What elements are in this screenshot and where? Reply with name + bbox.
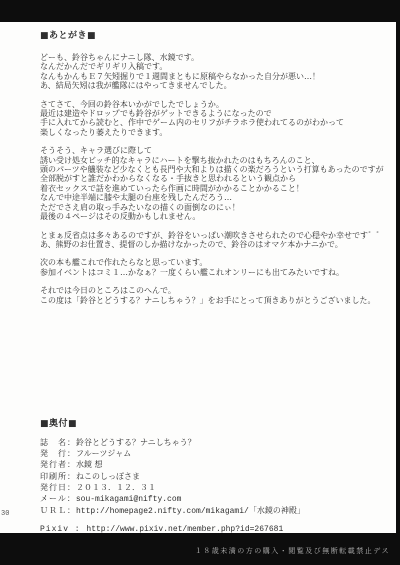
age-disclaimer: １８歳未満の方の購入・閲覧及び無断転載禁止デス [195, 547, 390, 555]
colophon-row-value: 水鏡 想 [76, 460, 103, 469]
colophon-row-label: ＵＲＬ： [40, 506, 76, 515]
colophon-row-value: sou-mikagami@nifty.com [76, 495, 182, 504]
text-line: 手に入れてから読むと、作中でゲーム内のセリフがチラホラ使われてるのがわかって [40, 118, 384, 127]
text-line: なんもかんもＥ７矢矧掘りで１週間まともに原稿やらなかった自分が悪い…！ [40, 72, 384, 81]
colophon-row-label: 発 行： [40, 449, 76, 458]
colophon-row-value: http://homepage2.nifty.com/mikagami/「水鏡の… [76, 507, 305, 516]
colophon-row-value: 鈴谷とどうする？ナニしちゃう？ [76, 438, 196, 447]
colophon-row: 誌 名：鈴谷とどうする？ナニしちゃう？ [40, 437, 305, 448]
page-number: 30 [1, 510, 9, 518]
text-line: それでは今日のところはこのへんで。 [40, 286, 384, 295]
text-line: ただでさえ肩の取っ手みたいなの描くの面倒なのにぃ！ [40, 203, 384, 212]
text-line: 誘い受け処女ビッチ的なキャラにハートを撃ち抜かれたのはもちろんのこと、 [40, 156, 384, 165]
colophon-row-label: 印刷所： [40, 472, 76, 481]
text-line: あ、結局矢矧は我が艦隊にはやってきませんでした。 [40, 81, 384, 90]
text-line: 最後の４ページはその反動かもしれません。 [40, 212, 384, 221]
text-line: なんで中途半端に膝や太腿の台座を残したんだろう… [40, 193, 384, 202]
afterword-body: どーも、鈴谷ちゃんにナニし隊、水鏡です。なんだかんだでギリギリ入稿です。なんもか… [40, 53, 384, 305]
text-line: そうそう、キャラ選びに際して [40, 146, 384, 155]
afterword-paragraph: 次の本も艦これで作れたらなと思っています。参加イベントはコミ１…かなぁ？一度くら… [40, 258, 384, 277]
colophon-row-value: ねこのしっぽさま [76, 472, 140, 481]
text-line: さてさて、今回の鈴谷本いかがでしたでしょうか。 [40, 100, 384, 109]
afterword-paragraph: そうそう、キャラ選びに際して誘い受け処女ビッチ的なキャラにハートを撃ち抜かれたの… [40, 146, 384, 221]
colophon-header: ■奥付■ [40, 416, 305, 429]
colophon-row: 発行日：２０１３．１２．３１ [40, 482, 305, 493]
text-line: 全部脱がすと誰だかわからなくなる・手抜きと思われるという観点から [40, 174, 384, 183]
colophon-row-label: 発行者： [40, 460, 76, 469]
text-line: なんだかんだでギリギリ入稿です。 [40, 62, 384, 71]
colophon-rows: 誌 名：鈴谷とどうする？ナニしちゃう？発 行：フルーツジャム発行者：水鏡 想印刷… [40, 437, 305, 517]
colophon-row-value: ２０１３．１２．３１ [76, 483, 156, 492]
text-line: どーも、鈴谷ちゃんにナニし隊、水鏡です。 [40, 53, 384, 62]
text-line: 次の本も艦これで作れたらなと思っています。 [40, 258, 384, 267]
text-line: 着衣セックスで話を進めていったら作画に時間がかかることかかること！ [40, 184, 384, 193]
colophon-row: 印刷所：ねこのしっぽさま [40, 471, 305, 482]
footer-bar: １８歳未満の方の購入・閲覧及び無断転載禁止デス [0, 533, 400, 565]
colophon-row-value: フルーツジャム [76, 449, 131, 458]
text-line: あ、熊野のお仕置き、提督のしか描けなかったので、鈴谷のはオマケ本かナニかで。 [40, 240, 384, 249]
colophon-row: 発 行：フルーツジャム [40, 448, 305, 459]
page-paper: ■あとがき■ どーも、鈴谷ちゃんにナニし隊、水鏡です。なんだかんだでギリギリ入稿… [0, 22, 396, 533]
afterword-paragraph: さてさて、今回の鈴谷本いかがでしたでしょうか。最近は建造やドロップでも鈴谷がゲッ… [40, 100, 384, 138]
text-line: とまぁ反省点は多々あるのですが、鈴谷をいっぱい潮吹きさせられたので心穏やか幸せで… [40, 231, 384, 240]
colophon-row: ＵＲＬ：http://homepage2.nifty.com/mikagami/… [40, 505, 305, 517]
colophon-row-label: 誌 名： [40, 438, 76, 447]
colophon-row-label: 発行日： [40, 483, 76, 492]
afterword-paragraph: それでは今日のところはこのへんで。この度は「鈴谷とどうする？ナニしちゃう？」をお… [40, 286, 384, 305]
afterword-header: ■あとがき■ [40, 28, 384, 41]
colophon-row-label: メール： [40, 494, 76, 503]
afterword-paragraph: とまぁ反省点は多々あるのですが、鈴谷をいっぱい潮吹きさせられたので心穏やか幸せで… [40, 231, 384, 250]
colophon-row: 発行者：水鏡 想 [40, 459, 305, 470]
afterword-section: ■あとがき■ どーも、鈴谷ちゃんにナニし隊、水鏡です。なんだかんだでギリギリ入稿… [40, 28, 384, 314]
colophon-row: メール：sou-mikagami@nifty.com [40, 493, 305, 505]
afterword-paragraph: どーも、鈴谷ちゃんにナニし隊、水鏡です。なんだかんだでギリギリ入稿です。なんもか… [40, 53, 384, 91]
text-line: この度は「鈴谷とどうする？ナニしちゃう？」をお手にとって頂きありがとうございまし… [40, 296, 384, 305]
scanned-page: ■あとがき■ どーも、鈴谷ちゃんにナニし隊、水鏡です。なんだかんだでギリギリ入稿… [0, 0, 400, 565]
text-line: 楽しくなったり萎えたりできます。 [40, 128, 384, 137]
text-line: 参加イベントはコミ１…かなぁ？一度くらい艦これオンリーにも出てみたいですね。 [40, 268, 384, 277]
colophon-section: ■奥付■ 誌 名：鈴谷とどうする？ナニしちゃう？発 行：フルーツジャム発行者：水… [40, 416, 305, 545]
